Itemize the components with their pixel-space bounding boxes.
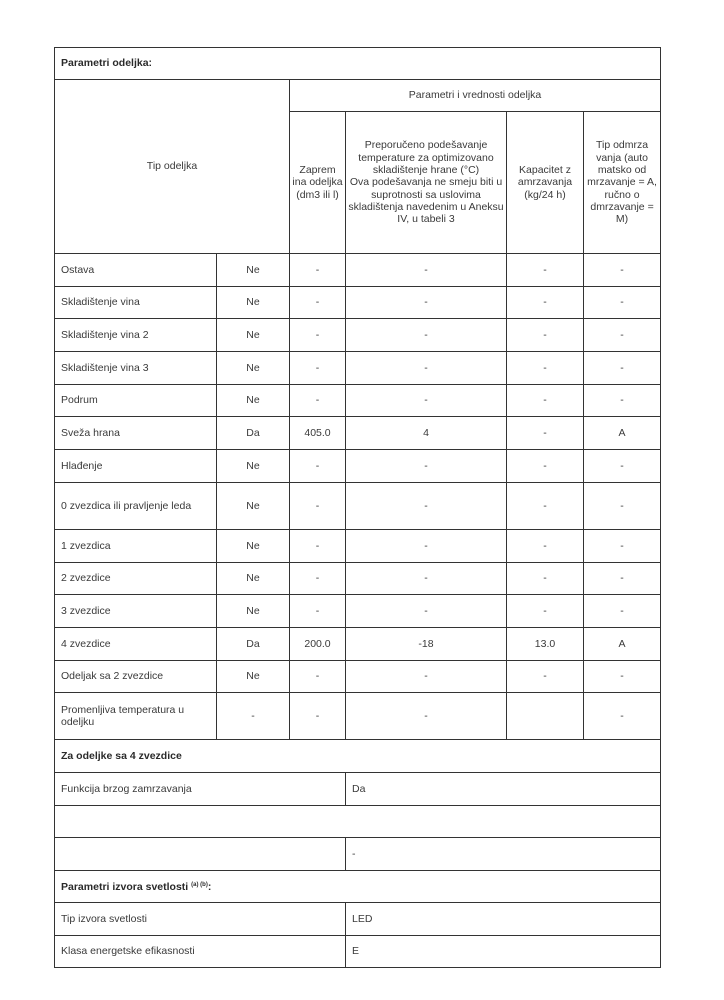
compartment-present: Da <box>217 627 290 660</box>
table-row: Odeljak sa 2 zvezdiceNe---- <box>55 660 661 693</box>
compartment-temperature: - <box>346 384 507 417</box>
header-group: Parametri i vrednosti odeljka <box>290 80 661 112</box>
compartment-capacity: - <box>507 417 584 450</box>
compartment-defrost: - <box>584 384 661 417</box>
compartment-defrost: - <box>584 286 661 319</box>
compartment-present: Ne <box>217 384 290 417</box>
energy-class-value: E <box>346 935 661 968</box>
compartment-capacity: - <box>507 384 584 417</box>
table-title: Parametri odeljka: <box>55 48 661 80</box>
compartment-present: Ne <box>217 562 290 595</box>
compartment-name: 4 zvezdice <box>55 627 217 660</box>
compartment-defrost: A <box>584 417 661 450</box>
compartment-present: Ne <box>217 595 290 628</box>
compartment-volume: - <box>290 384 346 417</box>
compartment-name: Skladištenje vina 2 <box>55 319 217 352</box>
compartment-name: Promenljiva temperatura u odeljku <box>55 693 217 740</box>
compartment-name: Sveža hrana <box>55 417 217 450</box>
compartment-volume: - <box>290 529 346 562</box>
compartment-defrost: - <box>584 319 661 352</box>
light-heading-text: Parametri izvora svetlosti <box>61 881 188 893</box>
compartment-defrost: - <box>584 660 661 693</box>
compartment-name: 0 zvezdica ili pravljenje leda <box>55 482 217 529</box>
compartment-temperature: - <box>346 450 507 483</box>
compartment-name: Ostava <box>55 254 217 287</box>
light-heading-footnotes: (a) (b) <box>191 882 208 888</box>
compartment-temperature: 4 <box>346 417 507 450</box>
blank-row <box>55 805 661 838</box>
header-temperature-note: Ova podešavanja ne smeju biti u suprotno… <box>348 176 504 225</box>
compartment-defrost: A <box>584 627 661 660</box>
compartment-temperature: - <box>346 254 507 287</box>
compartment-capacity: - <box>507 562 584 595</box>
table-row: Promenljiva temperatura u odeljku---- <box>55 693 661 740</box>
table-row: Sveža hranaDa405.04-A <box>55 417 661 450</box>
blank-value: - <box>346 838 661 871</box>
table-row: 2 zvezdiceNe---- <box>55 562 661 595</box>
compartment-temperature: - <box>346 286 507 319</box>
compartment-defrost: - <box>584 352 661 385</box>
energy-class-label: Klasa energetske efikasnosti <box>55 935 346 968</box>
compartment-temperature: - <box>346 529 507 562</box>
table-row: Skladištenje vina 2Ne---- <box>55 319 661 352</box>
compartment-defrost: - <box>584 254 661 287</box>
compartment-temperature: - <box>346 693 507 740</box>
table-row: 1 zvezdicaNe---- <box>55 529 661 562</box>
compartment-temperature: - <box>346 660 507 693</box>
compartment-name: Podrum <box>55 384 217 417</box>
fast-freeze-value: Da <box>346 773 661 806</box>
compartment-temperature: - <box>346 319 507 352</box>
table-row: OstavaNe---- <box>55 254 661 287</box>
compartment-capacity: - <box>507 254 584 287</box>
light-type-label: Tip izvora svetlosti <box>55 903 346 936</box>
compartment-volume: - <box>290 660 346 693</box>
fast-freeze-label: Funkcija brzog zamrzavanja <box>55 773 346 806</box>
compartment-capacity: - <box>507 529 584 562</box>
compartment-temperature: - <box>346 562 507 595</box>
compartment-capacity: - <box>507 286 584 319</box>
compartment-volume: - <box>290 693 346 740</box>
compartment-capacity: - <box>507 595 584 628</box>
header-temperature-main: Preporučeno podešavanje temperature za o… <box>348 139 504 176</box>
table-row: HlađenjeNe---- <box>55 450 661 483</box>
header-volume: Zaprem ina odeljka (dm3 ili l) <box>290 112 346 254</box>
compartment-capacity <box>507 693 584 740</box>
table-row: Skladištenje vina 3Ne---- <box>55 352 661 385</box>
compartment-name: Skladištenje vina <box>55 286 217 319</box>
header-tip-odeljka: Tip odeljka <box>55 80 290 254</box>
compartment-defrost: - <box>584 693 661 740</box>
table-row: 3 zvezdiceNe---- <box>55 595 661 628</box>
header-capacity: Kapacitet z amrzavanja (kg/24 h) <box>507 112 584 254</box>
compartment-present: Ne <box>217 286 290 319</box>
compartment-name: Skladištenje vina 3 <box>55 352 217 385</box>
four-star-heading: Za odeljke sa 4 zvezdice <box>55 740 661 773</box>
light-type-value: LED <box>346 903 661 936</box>
compartment-defrost: - <box>584 562 661 595</box>
compartment-capacity: - <box>507 352 584 385</box>
compartment-capacity: - <box>507 660 584 693</box>
compartment-temperature: - <box>346 482 507 529</box>
header-temperature: Preporučeno podešavanje temperature za o… <box>346 112 507 254</box>
compartment-volume: 200.0 <box>290 627 346 660</box>
compartment-volume: - <box>290 450 346 483</box>
compartment-present: Ne <box>217 660 290 693</box>
compartment-defrost: - <box>584 482 661 529</box>
compartment-defrost: - <box>584 529 661 562</box>
compartment-capacity: 13.0 <box>507 627 584 660</box>
compartment-temperature: - <box>346 352 507 385</box>
compartment-volume: - <box>290 352 346 385</box>
compartment-present: - <box>217 693 290 740</box>
compartment-name: Odeljak sa 2 zvezdice <box>55 660 217 693</box>
compartment-temperature: -18 <box>346 627 507 660</box>
compartment-volume: 405.0 <box>290 417 346 450</box>
compartment-defrost: - <box>584 595 661 628</box>
compartment-present: Da <box>217 417 290 450</box>
compartment-present: Ne <box>217 352 290 385</box>
header-defrost: Tip odmrza vanja (auto matsko od mrzavan… <box>584 112 661 254</box>
blank-label <box>55 838 346 871</box>
compartment-name: 3 zvezdice <box>55 595 217 628</box>
compartment-name: 1 zvezdica <box>55 529 217 562</box>
compartment-volume: - <box>290 254 346 287</box>
compartment-present: Ne <box>217 529 290 562</box>
light-heading: Parametri izvora svetlosti (a) (b): <box>55 870 661 903</box>
table-row: 4 zvezdiceDa200.0-1813.0A <box>55 627 661 660</box>
compartment-capacity: - <box>507 482 584 529</box>
compartment-volume: - <box>290 319 346 352</box>
table-row: 0 zvezdica ili pravljenje ledaNe---- <box>55 482 661 529</box>
light-heading-suffix: : <box>208 881 212 893</box>
compartment-capacity: - <box>507 450 584 483</box>
compartment-volume: - <box>290 562 346 595</box>
compartment-volume: - <box>290 482 346 529</box>
compartment-name: 2 zvezdice <box>55 562 217 595</box>
compartment-volume: - <box>290 595 346 628</box>
table-row: Skladištenje vinaNe---- <box>55 286 661 319</box>
compartment-capacity: - <box>507 319 584 352</box>
compartment-present: Ne <box>217 482 290 529</box>
table-row: PodrumNe---- <box>55 384 661 417</box>
compartment-parameters-table: Parametri odeljka: Tip odeljka Parametri… <box>54 47 661 968</box>
compartment-present: Ne <box>217 450 290 483</box>
compartment-present: Ne <box>217 254 290 287</box>
compartment-defrost: - <box>584 450 661 483</box>
compartment-volume: - <box>290 286 346 319</box>
compartment-temperature: - <box>346 595 507 628</box>
compartment-name: Hlađenje <box>55 450 217 483</box>
compartment-present: Ne <box>217 319 290 352</box>
